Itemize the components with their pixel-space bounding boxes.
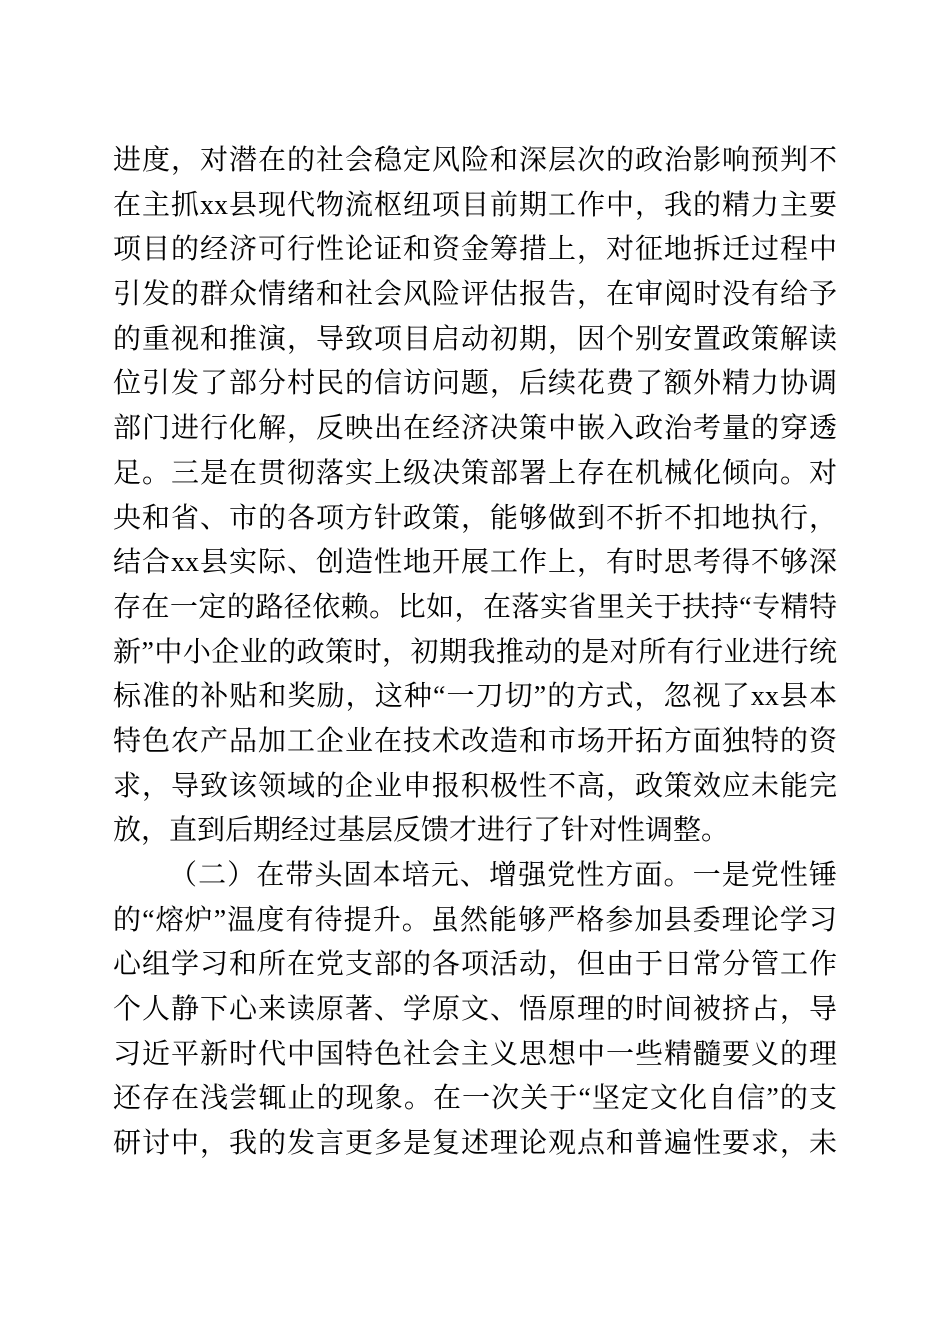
- text-line: 进度，对潜在的社会稳定风险和深层次的政治影响预判不足。: [113, 139, 837, 184]
- text-line: 个人静下心来读原著、学原文、悟原理的时间被挤占，导致对: [113, 988, 837, 1033]
- paragraph: 进度，对潜在的社会稳定风险和深层次的政治影响预判不足。在主抓xx县现代物流枢纽项…: [113, 139, 837, 854]
- document-body: 进度，对潜在的社会稳定风险和深层次的政治影响预判不足。在主抓xx县现代物流枢纽项…: [113, 139, 837, 1167]
- document-page: 进度，对潜在的社会稳定风险和深层次的政治影响预判不足。在主抓xx县现代物流枢纽项…: [0, 0, 950, 1344]
- text-line: 在主抓xx县现代物流枢纽项目前期工作中，我的精力主要放在: [113, 184, 837, 229]
- text-line: 足。三是在贯彻落实上级决策部署上存在机械化倾向。对于中: [113, 452, 837, 497]
- text-line: 项目的经济可行性论证和资金筹措上，对征地拆迁过程中可能: [113, 228, 837, 273]
- text-line: 求，导致该领域的企业申报积极性不高，政策效应未能完全释: [113, 765, 837, 810]
- text-line: 部门进行化解，反映出在经济决策中嵌入政治考量的穿透力不: [113, 407, 837, 452]
- text-line: 习近平新时代中国特色社会主义思想中一些精髓要义的理解，: [113, 1033, 837, 1078]
- paragraph: （二）在带头固本培元、增强党性方面。一是党性锤炼的“熔炉”温度有待提升。虽然能够…: [113, 854, 837, 1167]
- text-line: 研讨中，我的发言更多是复述理论观点和普遍性要求，未能紧: [113, 1122, 837, 1167]
- text-line: 特色农产品加工企业在技术改造和市场开拓方面独特的资金需: [113, 720, 837, 765]
- text-line: 新”中小企业的政策时，初期我推动的是对所有行业进行统一: [113, 631, 837, 676]
- text-line: 结合xx县实际、创造性地开展工作上，有时思考得不够深入，: [113, 541, 837, 586]
- text-line: 位引发了部分村民的信访问题，后续花费了额外精力协调相关: [113, 362, 837, 407]
- text-line: 标准的补贴和奖励，这种“一刀切”的方式，忽视了xx县本土: [113, 675, 837, 720]
- text-line: 放，直到后期经过基层反馈才进行了针对性调整。: [113, 809, 837, 854]
- text-line: 还存在浅尝辄止的现象。在一次关于“坚定文化自信”的支部: [113, 1077, 837, 1122]
- text-line: 存在一定的路径依赖。比如，在落实省里关于扶持“专精特: [113, 586, 837, 631]
- text-line: （二）在带头固本培元、增强党性方面。一是党性锤炼: [113, 854, 837, 899]
- text-line: 心组学习和所在党支部的各项活动，但由于日常分管工作繁杂，: [113, 943, 837, 988]
- text-line: 引发的群众情绪和社会风险评估报告，在审阅时没有给予足够: [113, 273, 837, 318]
- text-line: 央和省、市的各项方针政策，能够做到不折不扣地执行，但在: [113, 497, 837, 542]
- text-line: 的“熔炉”温度有待提升。虽然能够严格参加县委理论学习中: [113, 899, 837, 944]
- text-line: 的重视和推演，导致项目启动初期，因个别安置政策解读不到: [113, 318, 837, 363]
